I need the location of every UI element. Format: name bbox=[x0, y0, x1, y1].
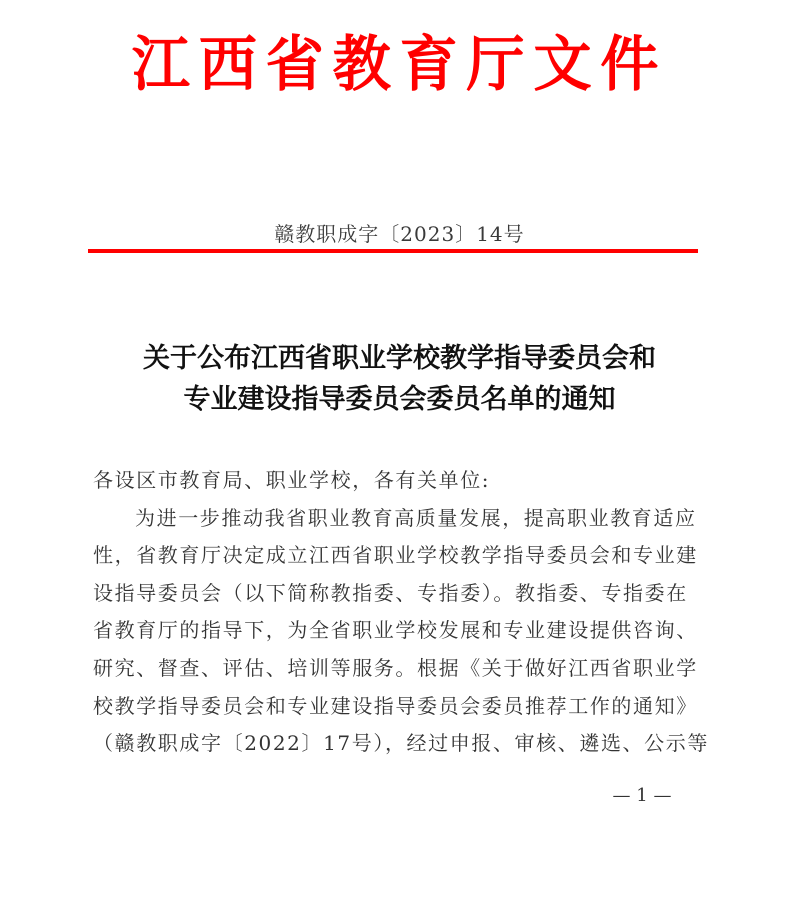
red-divider-rule bbox=[88, 249, 698, 253]
document-title: 关于公布江西省职业学校教学指导委员会和 专业建设指导委员会委员名单的通知 bbox=[0, 338, 799, 420]
body-paragraph-line: 校教学指导委员会和专业建设指导委员会委员推荐工作的通知》 bbox=[93, 688, 713, 726]
body-paragraph-line: （赣教职成字〔2022〕17号），经过申报、审核、遴选、公示等 bbox=[93, 725, 713, 763]
document-number: 赣教职成字〔2023〕14号 bbox=[0, 220, 799, 248]
body-paragraph-line: 研究、督查、评估、培训等服务。根据《关于做好江西省职业学 bbox=[93, 650, 713, 688]
document-title-line-2: 专业建设指导委员会委员名单的通知 bbox=[0, 379, 799, 420]
body-paragraph-line: 为进一步推动我省职业教育高质量发展，提高职业教育适应 bbox=[93, 500, 713, 538]
document-page: 江西省教育厅文件 赣教职成字〔2023〕14号 关于公布江西省职业学校教学指导委… bbox=[0, 0, 799, 917]
document-title-line-1: 关于公布江西省职业学校教学指导委员会和 bbox=[0, 338, 799, 379]
body-paragraph-line: 省教育厅的指导下，为全省职业学校发展和专业建设提供咨询、 bbox=[93, 612, 713, 650]
salutation-line: 各设区市教育局、职业学校，各有关单位: bbox=[93, 462, 713, 500]
body-paragraph-line: 性，省教育厅决定成立江西省职业学校教学指导委员会和专业建 bbox=[93, 537, 713, 575]
document-body: 各设区市教育局、职业学校，各有关单位: 为进一步推动我省职业教育高质量发展，提高… bbox=[93, 462, 713, 763]
page-number: — 1 — bbox=[612, 784, 672, 808]
body-paragraph-line: 设指导委员会（以下简称教指委、专指委）。教指委、专指委在 bbox=[93, 575, 713, 613]
issuer-header-title: 江西省教育厅文件 bbox=[12, 28, 787, 102]
